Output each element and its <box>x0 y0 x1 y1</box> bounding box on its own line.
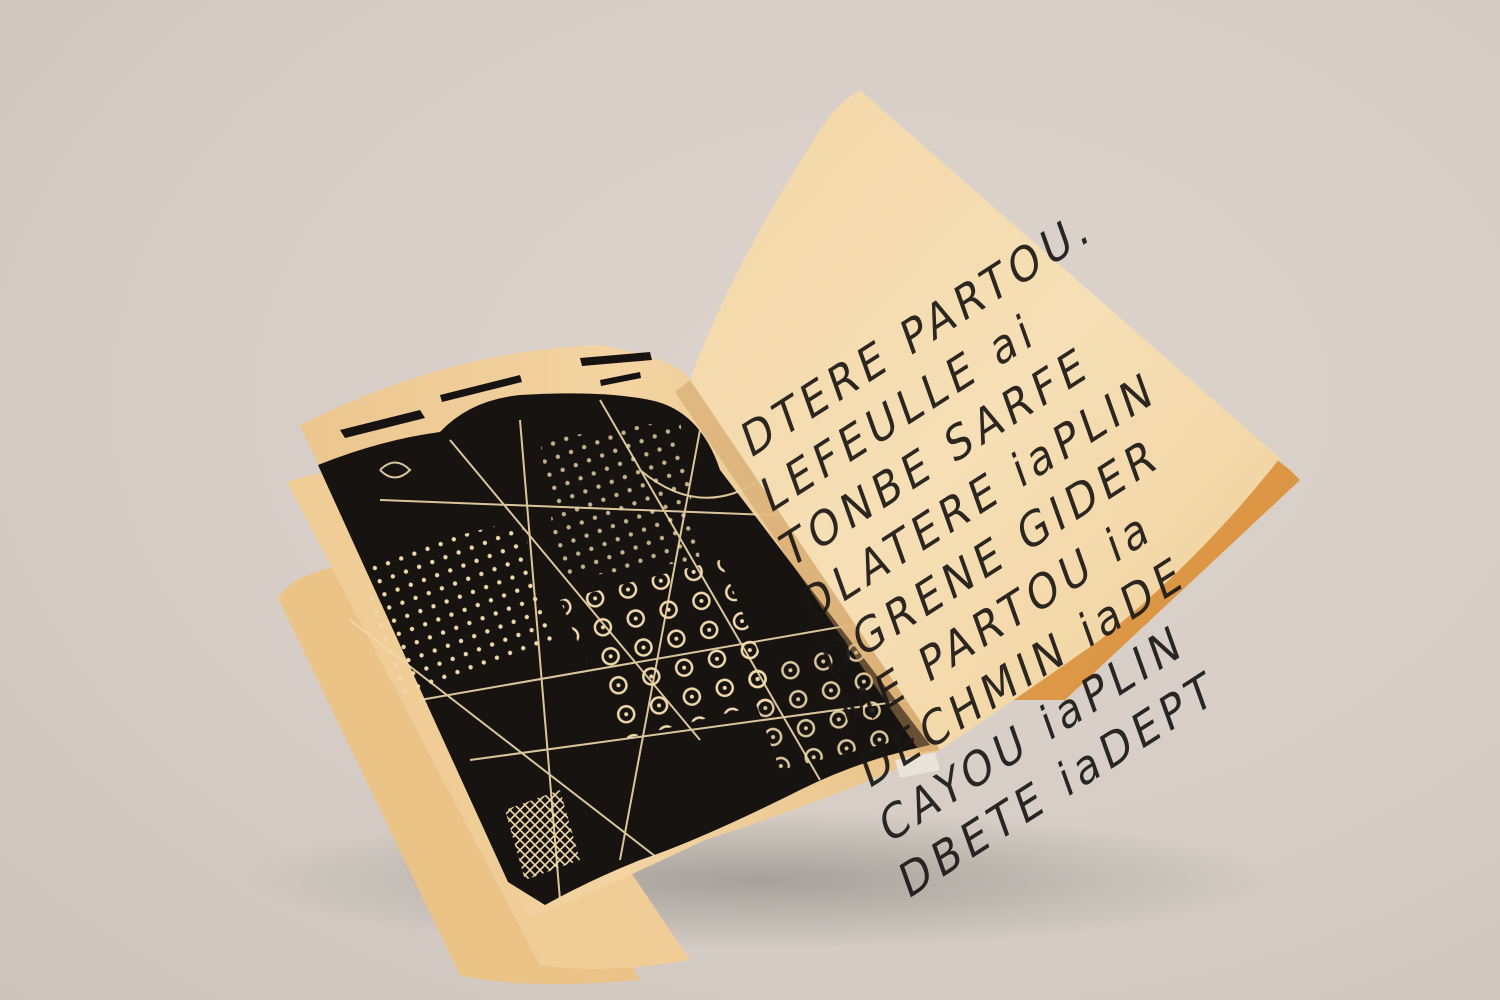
open-book <box>0 0 1500 1000</box>
photo-scene: DTERE PARTOU. LEFEULLE ai TONBE SARFE DL… <box>0 0 1500 1000</box>
